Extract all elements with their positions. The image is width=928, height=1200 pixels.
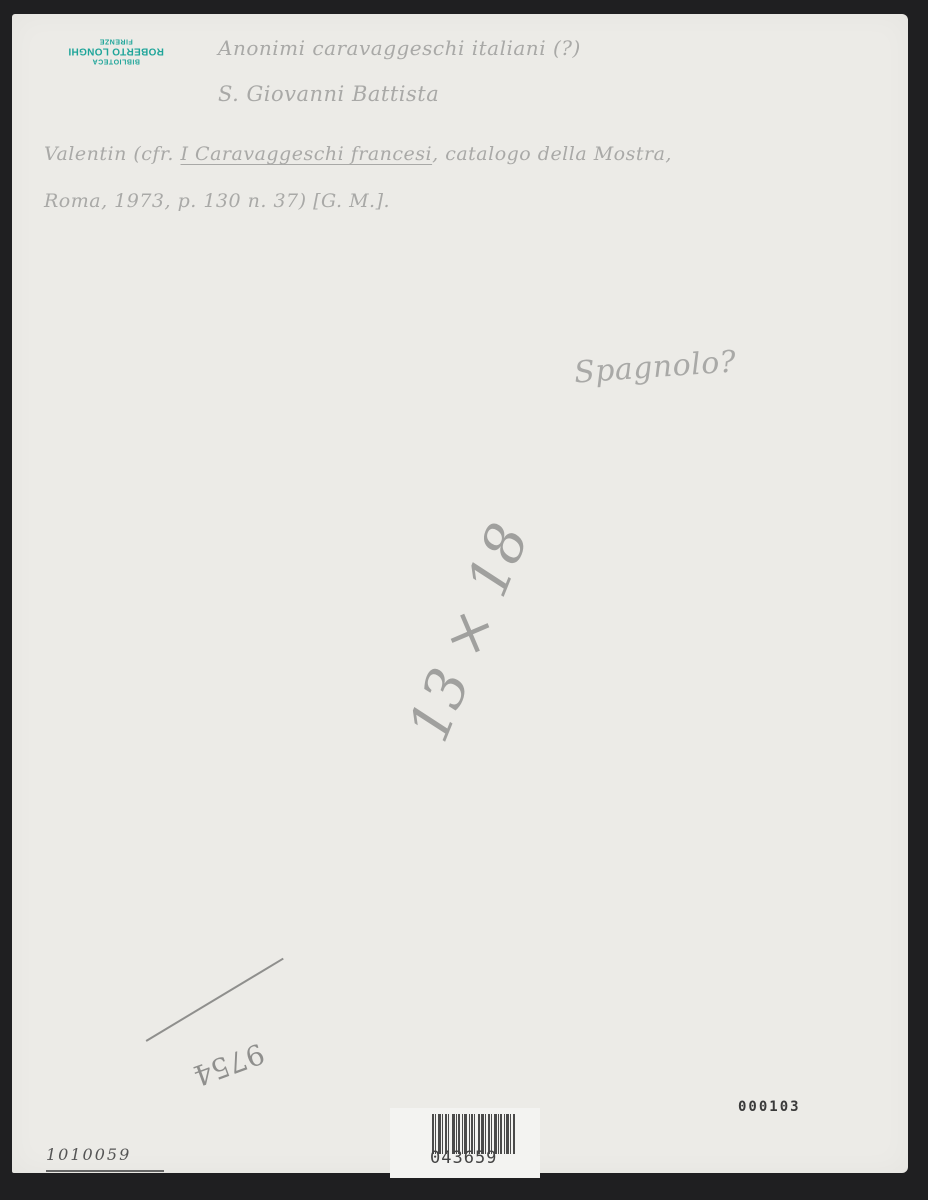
stamp-line-biblioteca: BIBLIOTECA <box>51 57 181 65</box>
stamp-line-firenze: FIRENZE <box>51 37 181 45</box>
library-stamp: BIBLIOTECA ROBERTO LONGHI FIRENZE <box>51 37 181 65</box>
reference-title: I Caravaggeschi francesi <box>181 143 433 165</box>
reference-line-2: Roma, 1973, p. 130 n. 37) [G. M.]. <box>44 190 390 212</box>
registry-number: 1010059 <box>46 1145 131 1164</box>
heading-line-2: S. Giovanni Battista <box>218 82 439 106</box>
registry-underline <box>46 1170 164 1172</box>
barcode-number: 043659 <box>430 1148 497 1168</box>
stamp-line-roberto-longhi: ROBERTO LONGHI <box>51 45 181 57</box>
reference-line-1: Valentin (cfr. I Caravaggeschi francesi,… <box>44 143 672 165</box>
inventory-number: 000103 <box>738 1099 801 1115</box>
reference-suffix: , catalogo della Mostra, <box>432 143 672 165</box>
heading-line-1: Anonimi caravaggeschi italiani (?) <box>218 36 581 60</box>
barcode-label: 043659 <box>390 1108 540 1178</box>
reference-prefix: Valentin (cfr. <box>44 143 181 165</box>
